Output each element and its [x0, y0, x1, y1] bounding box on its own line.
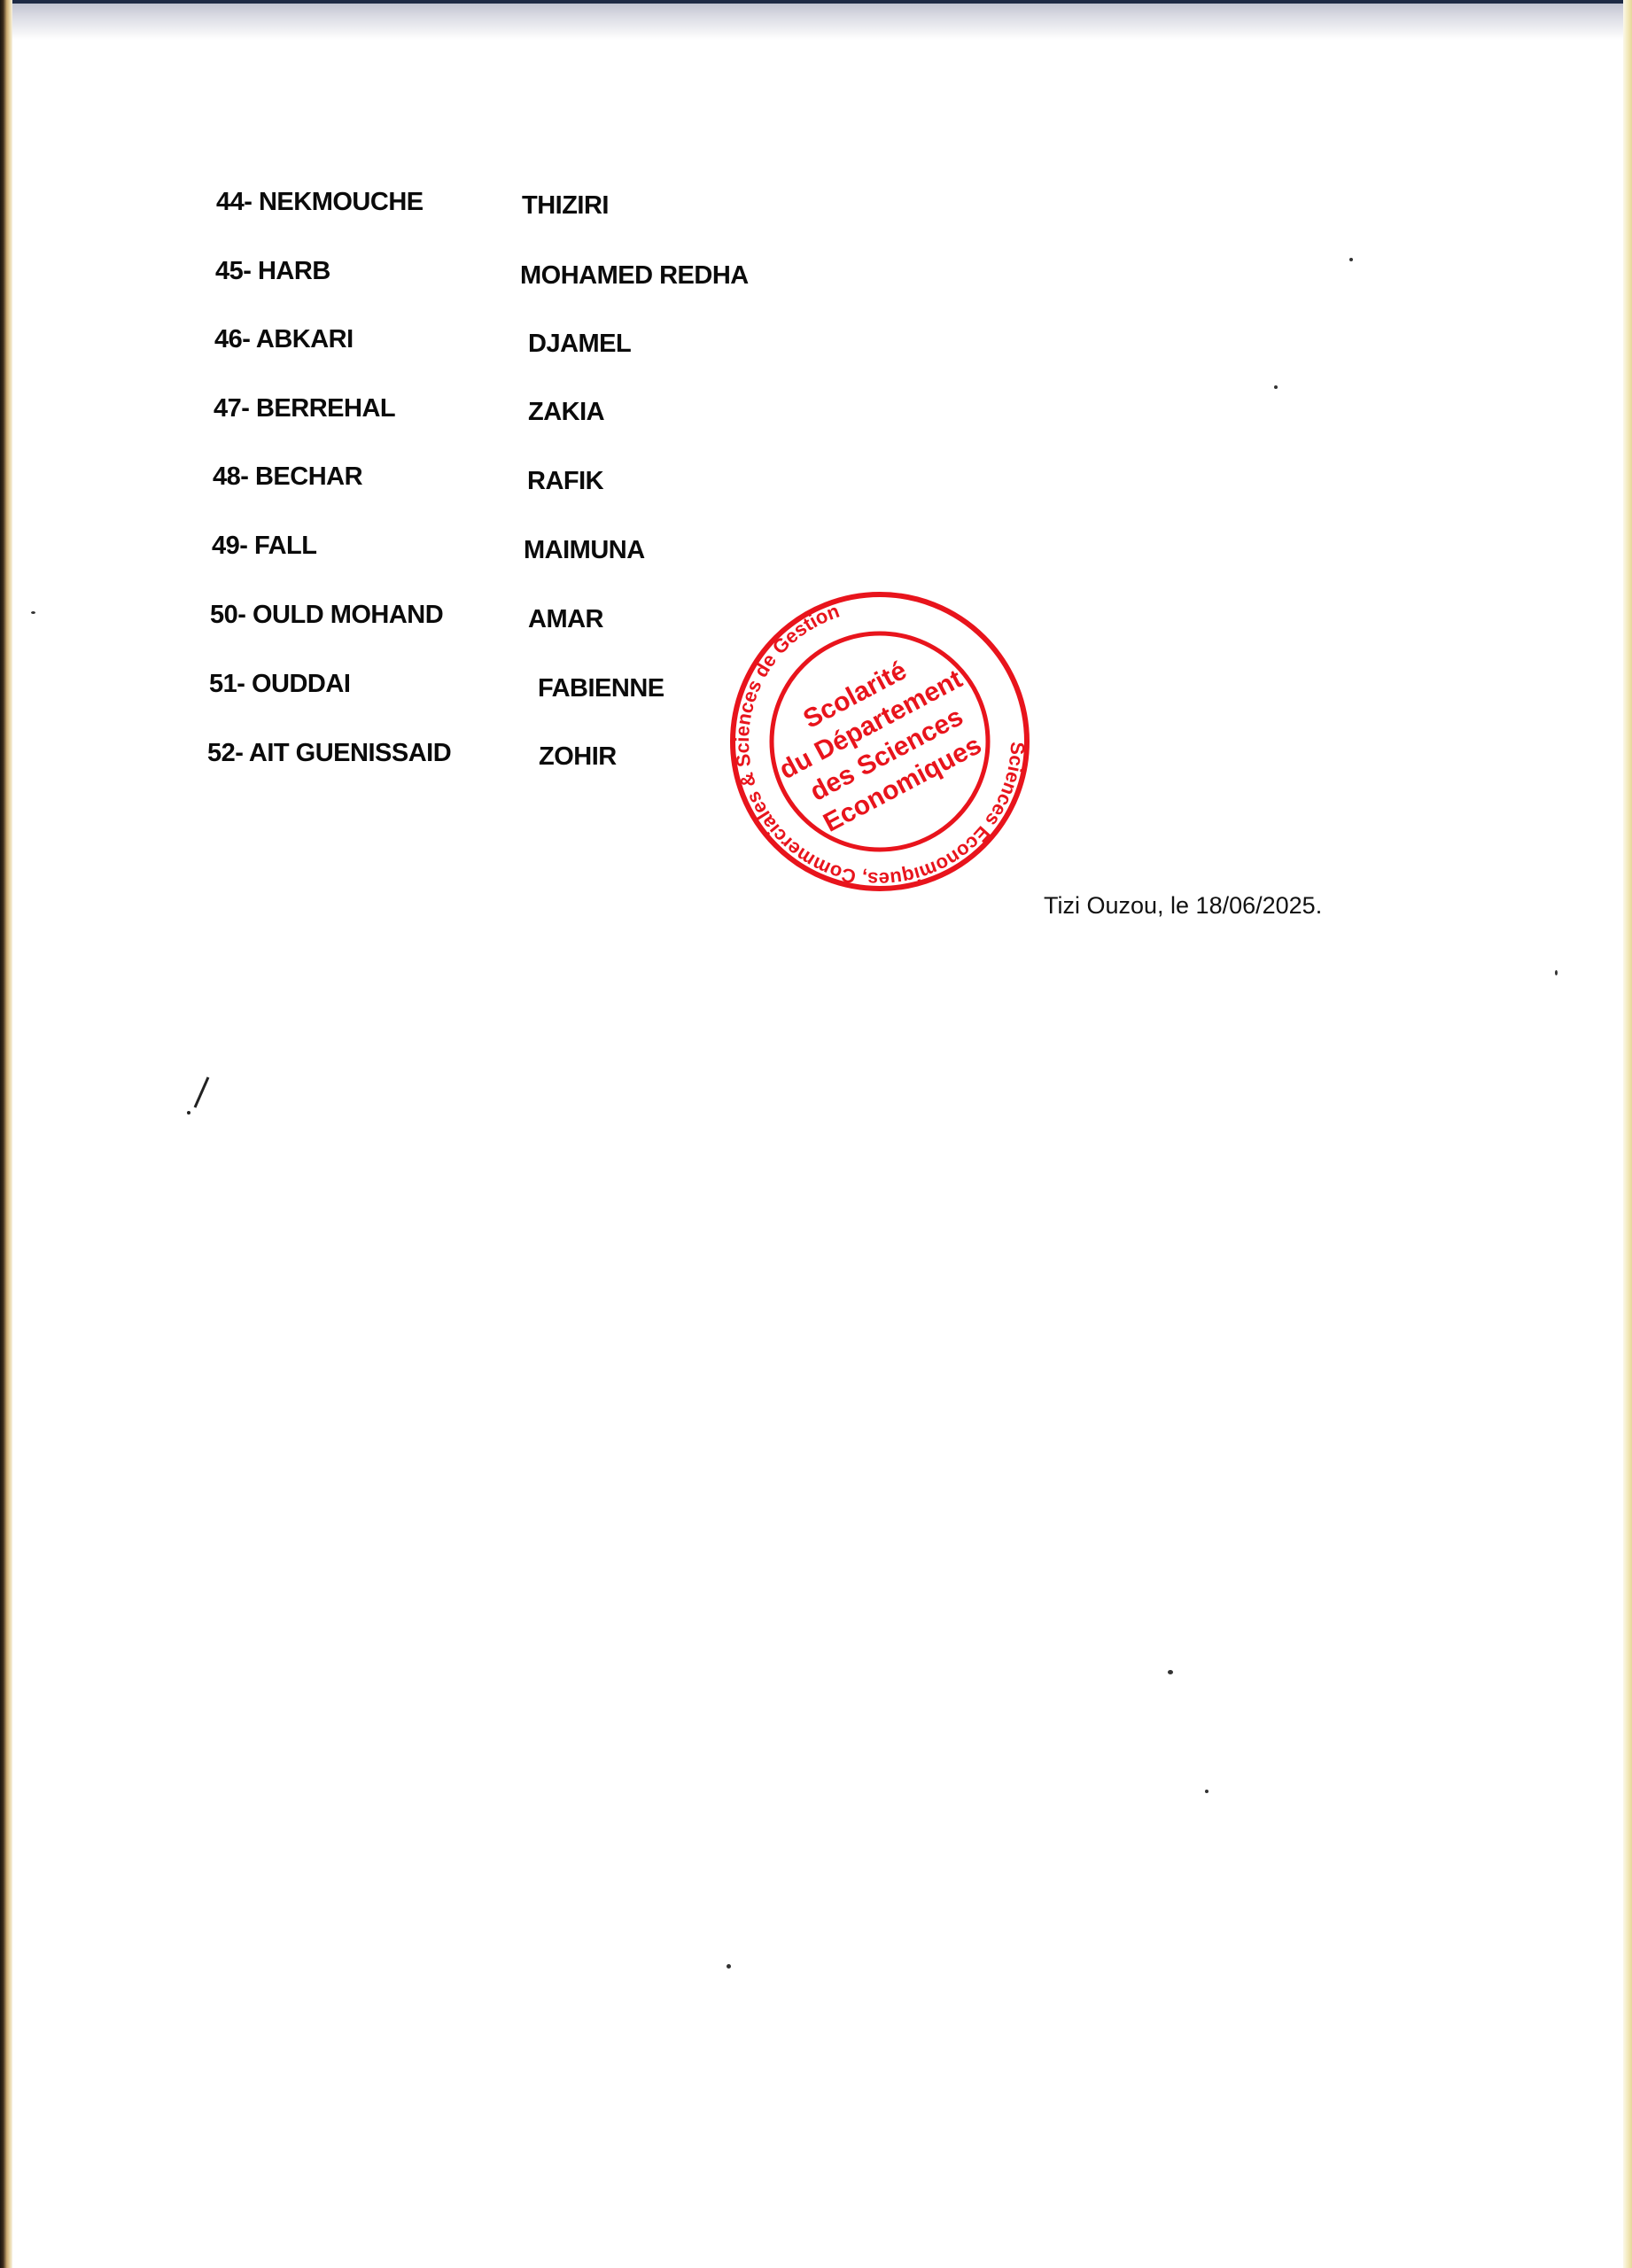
entry-last-name: 45- HARB [215, 257, 330, 286]
scan-speck [1349, 258, 1353, 261]
entry-first-name: MOHAMED REDHA [520, 261, 749, 291]
scan-right-edge [1623, 0, 1632, 2268]
scan-speck [727, 1964, 731, 1969]
entry-first-name: ZOHIR [539, 742, 617, 772]
date-line: Tizi Ouzou, le 18/06/2025. [1044, 892, 1322, 920]
entry-last-name: 49- FALL [212, 532, 316, 561]
entry-first-name: DJAMEL [528, 330, 631, 359]
entry-first-name: THIZIRI [522, 191, 609, 221]
scan-speck [1274, 385, 1278, 389]
scan-top-edge [0, 0, 1632, 4]
entry-last-name: 47- BERREHAL [214, 394, 395, 423]
scan-speck [1168, 1670, 1173, 1674]
scan-top-shadow [0, 0, 1632, 40]
pen-mark [182, 1072, 217, 1116]
entry-first-name: AMAR [528, 605, 603, 634]
scan-speck [1205, 1790, 1208, 1793]
entry-first-name: MAIMUNA [524, 536, 645, 565]
scan-speck [1555, 970, 1558, 975]
entry-last-name: 52- AIT GUENISSAID [207, 739, 451, 768]
entry-last-name: 51- OUDDAI [209, 670, 350, 699]
entry-first-name: RAFIK [527, 467, 603, 496]
entry-last-name: 48- BECHAR [213, 462, 362, 492]
entry-first-name: ZAKIA [528, 398, 604, 427]
entry-first-name: FABIENNE [538, 674, 664, 703]
entry-last-name: 44- NEKMOUCHE [216, 188, 424, 217]
scan-speck [31, 611, 35, 614]
scan-left-edge [0, 0, 12, 2268]
entry-last-name: 46- ABKARI [214, 325, 354, 354]
official-stamp: Sciences Economiques, Commerciales & Sci… [725, 589, 1035, 895]
entry-last-name: 50- OULD MOHAND [210, 601, 443, 630]
